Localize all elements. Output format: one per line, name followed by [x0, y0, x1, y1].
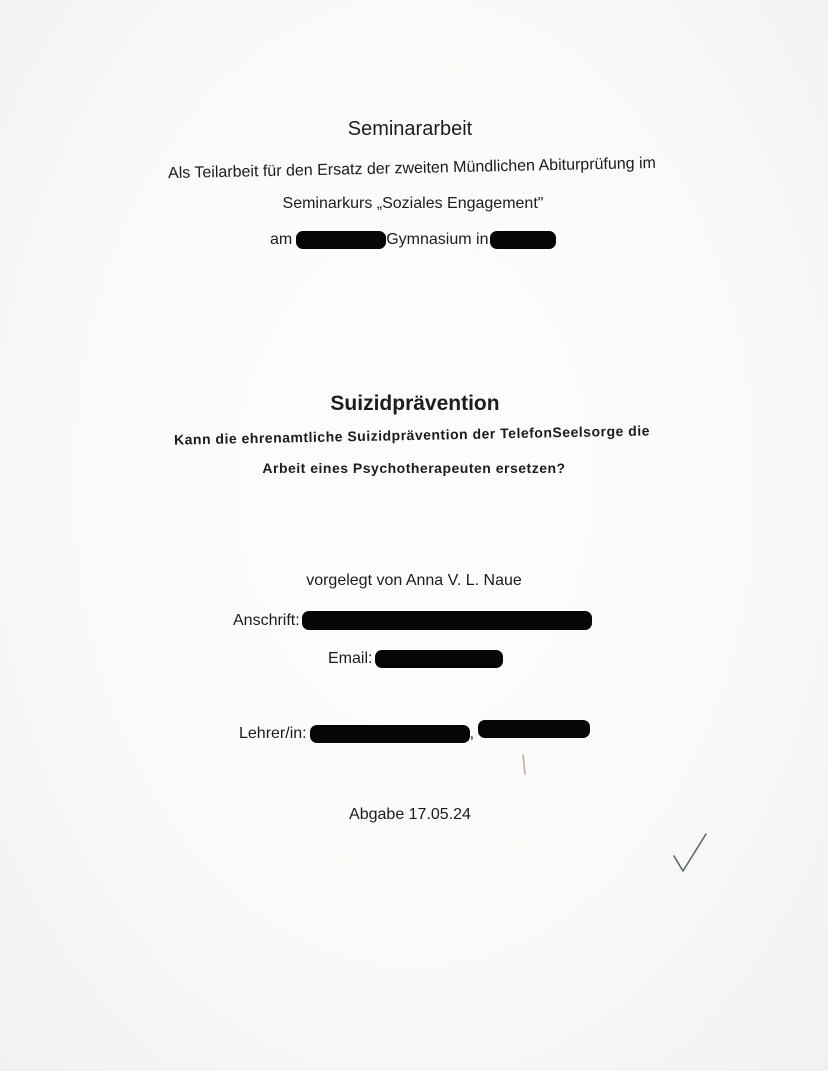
redacted-school-name — [296, 231, 386, 249]
email-label: Email: — [328, 650, 372, 668]
address-line: Anschrift: — [233, 611, 592, 630]
topic-heading: Suizidprävention — [1, 392, 828, 416]
school-middle: Gymnasium in — [386, 231, 488, 249]
redacted-teacher-1 — [310, 725, 470, 743]
teacher-line: Lehrer/in: , — [239, 725, 590, 743]
redacted-teacher-2 — [478, 720, 590, 738]
author-line: vorgelegt von Anna V. L. Naue — [0, 572, 828, 590]
school-line: am Gymnasium in — [270, 231, 556, 249]
school-prefix: am — [270, 231, 292, 249]
redacted-school-city — [490, 231, 556, 249]
teacher-separator: , — [470, 725, 474, 743]
submission-date: Abgabe 17.05.24 — [0, 806, 824, 824]
redacted-email — [375, 650, 503, 668]
document-title: Seminararbeit — [0, 118, 824, 141]
scanned-document-page: Seminararbeit Als Teilarbeit für den Ers… — [0, 0, 828, 1071]
subtitle-line-1: Als Teilarbeit für den Ersatz der zweite… — [0, 151, 826, 186]
pen-mark-icon — [521, 754, 527, 776]
address-label: Anschrift: — [233, 612, 300, 630]
redacted-address — [302, 611, 592, 630]
checkmark-icon — [672, 832, 708, 874]
email-line: Email: — [328, 650, 503, 668]
subtitle-line-2: Seminarkurs „Soziales Engagement" — [0, 195, 827, 213]
research-question-line-2: Arbeit eines Psychotherapeuten ersetzen? — [0, 460, 828, 476]
teacher-label: Lehrer/in: — [239, 725, 307, 743]
research-question-line-1: Kann die ehrenamtliche Suizidprävention … — [0, 419, 826, 451]
